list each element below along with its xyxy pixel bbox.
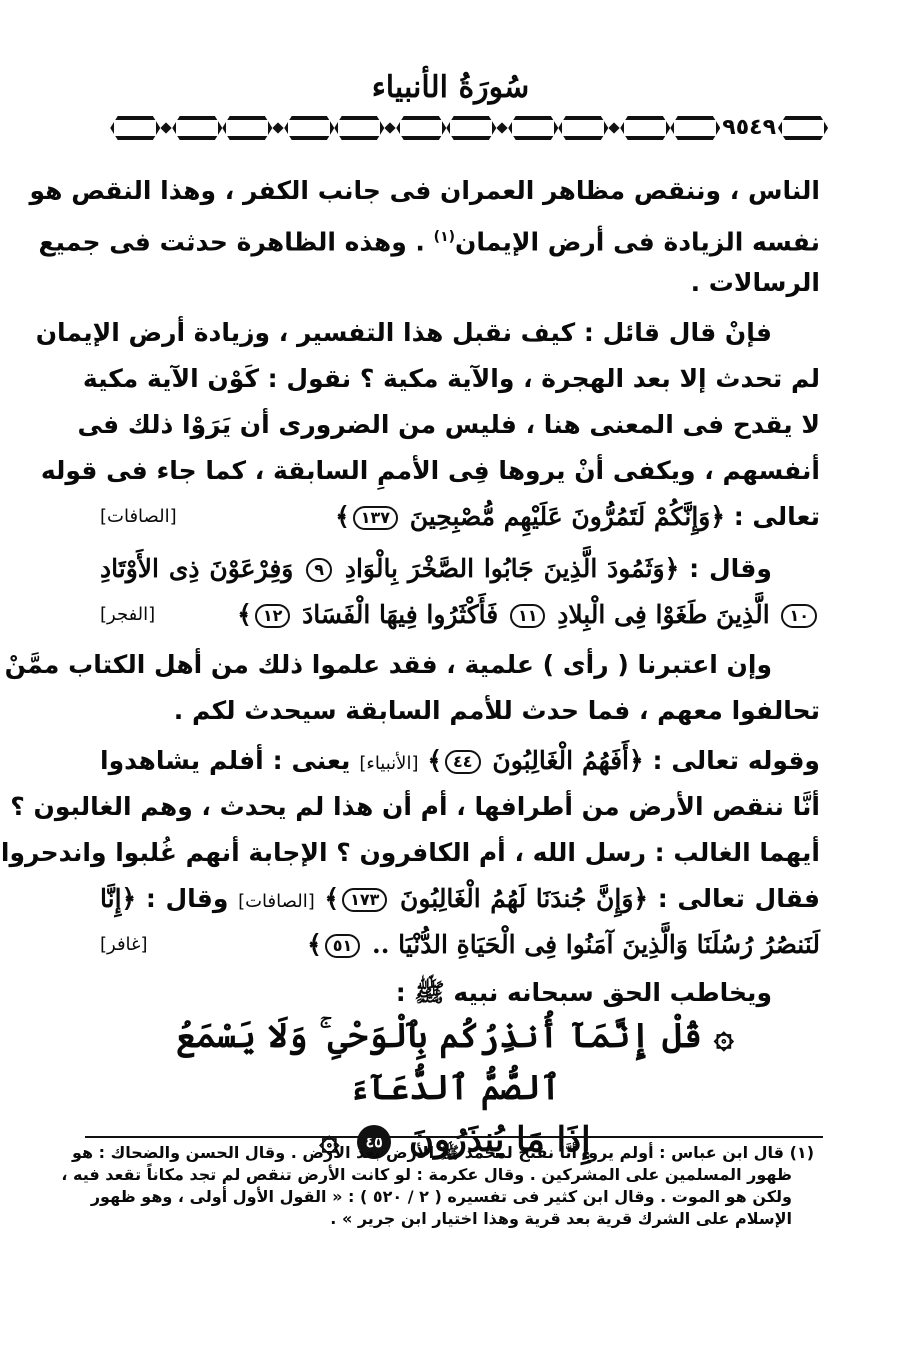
- footnote-text: قال ابن عباس : أولم يروا أنَّا نفتح لمحم…: [72, 1143, 784, 1162]
- book-page: سُورَةُ الأنبياء ٩٥٤٩ الناس ، وننقص مظاه…: [0, 0, 901, 1354]
- text-line: أنَّا ننقص الأرض من أطرافها ، أم أن هذا …: [100, 784, 820, 830]
- text-line: أيهما الغالب : رسل الله ، أم الكافرون ؟ …: [100, 830, 820, 876]
- header-ornament-border: ٩٥٤٩: [88, 114, 828, 142]
- line-text: نفسه الزيادة فى أرض الإيمان: [455, 227, 820, 256]
- ayah-line: فقال تعالى : ﴿وَإِنَّ جُندَنَا لَهُمُ ال…: [100, 876, 820, 922]
- paragraph-3: وقال : ﴿وَثَمُودَ الَّذِينَ جَابُوا الصَ…: [100, 546, 820, 638]
- text-line: نفسه الزيادة فى أرض الإيمان(١) . وهذه ال…: [100, 214, 820, 260]
- ornate-bracket-close: ﴾: [427, 746, 442, 775]
- paragraph-2: فإنْ قال قائل : كيف نقبل هذا التفسير ، و…: [100, 310, 820, 540]
- ayah-number: ١١: [510, 604, 546, 628]
- ayah-number: ٩: [306, 558, 332, 582]
- surah-reference: [غافر]: [100, 922, 147, 968]
- ornate-bracket-close: ﴾: [307, 930, 322, 959]
- footnote-line: ولكن هو الموت . وقال ابن كثير فى تفسيره …: [92, 1186, 814, 1208]
- text-line: فإنْ قال قائل : كيف نقبل هذا التفسير ، و…: [100, 310, 820, 356]
- ayah-line: وقوله تعالى : ﴿أَفَهُمُ الْغَالِبُونَ ٤٤…: [100, 738, 820, 784]
- surah-reference: [الصافات]: [100, 494, 177, 540]
- chain-link-ornament: [172, 116, 222, 140]
- ayah-line: تعالى : ﴿وَإِنَّكُمْ لَتَمُرُّونَ عَلَيْ…: [100, 494, 820, 540]
- surah-title: سُورَةُ الأنبياء: [0, 70, 901, 105]
- chain-link-ornament: [558, 116, 608, 140]
- chain-link-ornament: [284, 116, 334, 140]
- footnote-line: الإسلام على الشرك قرية بعد قرية وهذا اخت…: [92, 1208, 814, 1230]
- ornate-bracket-open: ﴿: [122, 884, 137, 913]
- footnote-marker[interactable]: (١): [434, 229, 455, 245]
- paragraph-5: وقوله تعالى : ﴿أَفَهُمُ الْغَالِبُونَ ٤٤…: [100, 738, 820, 968]
- footnote-line: ظهور المسلمين على المشركين . وقال عكرمة …: [92, 1164, 814, 1186]
- ornate-bracket-close: ﴾: [237, 600, 252, 629]
- surah-reference: [الفجر]: [100, 592, 155, 638]
- quran-verse-text: قُلْ إِنَّمَآ أُنذِرُكُم بِٱلْوَحْىِ ۚ و…: [176, 1016, 702, 1108]
- paragraph-4: وإن اعتبرنا ( رأى ) علمية ، فقد علموا ذل…: [100, 642, 820, 734]
- surah-reference: [الصافات]: [238, 891, 315, 912]
- chain-link-ornament: [334, 116, 384, 140]
- chain-link-ornament: [670, 116, 720, 140]
- surah-reference: [الأنبياء]: [359, 753, 418, 774]
- diamond-ornament: [161, 122, 172, 133]
- chain-link-ornament: [620, 116, 670, 140]
- diamond-ornament: [609, 122, 620, 133]
- line-text: وقوله تعالى :: [653, 746, 820, 775]
- quran-quote: لَنَنصُرُ رُسُلَنَا وَالَّذِينَ آمَنُوا …: [372, 930, 820, 959]
- line-text: وقال :: [689, 554, 772, 583]
- chain-link-ornament: [508, 116, 558, 140]
- chain-link-ornament: [778, 116, 828, 140]
- ornate-bracket-open: ﴿: [710, 502, 725, 531]
- line-text: يعنى : أفلم يشاهدوا: [100, 746, 350, 775]
- quran-quote: إِنَّا: [100, 884, 122, 913]
- ornate-bracket-open: ﴿: [633, 884, 648, 913]
- line-text: وقال :: [146, 884, 229, 913]
- line-text: . وهذه الظاهرة حدثت فى جميع: [38, 227, 424, 256]
- line-text: فقال تعالى :: [658, 884, 820, 913]
- page-number: ٩٥٤٩: [722, 114, 776, 142]
- ayah-number: ١٠: [781, 604, 817, 628]
- footnotes: (١) قال ابن عباس : أولم يروا أنَّا نفتح …: [92, 1142, 814, 1230]
- ayah-line: لَنَنصُرُ رُسُلَنَا وَالَّذِينَ آمَنُوا …: [100, 922, 820, 968]
- quran-quote: وَإِنَّ جُندَنَا لَهُمُ الْغَالِبُونَ: [400, 884, 633, 913]
- chain-link-ornament: [396, 116, 446, 140]
- ayah-number: ١٢: [255, 604, 291, 628]
- quran-quote: وَإِنَّكُمْ لَتَمُرُّونَ عَلَيْهِم مُّصْ…: [410, 502, 711, 531]
- ayah-number: ٥١: [325, 934, 361, 958]
- text-line: الناس ، وننقص مظاهر العمران فى جانب الكف…: [100, 168, 820, 214]
- ayah-number: ١٧٣: [342, 888, 387, 912]
- chain-link-ornament: [446, 116, 496, 140]
- quran-quote: وَثَمُودَ الَّذِينَ جَابُوا الصَّخْرَ بِ…: [345, 554, 665, 583]
- diamond-ornament: [385, 122, 396, 133]
- text-line: أنفسهم ، ويكفى أنْ يروها فِى الأممِ السا…: [100, 448, 820, 494]
- quran-quote: فَأَكْثَرُوا فِيهَا الْفَسَادَ: [302, 600, 498, 629]
- ayah-line: وقال : ﴿وَثَمُودَ الَّذِينَ جَابُوا الصَ…: [100, 546, 820, 592]
- ayah-number: ١٣٧: [353, 506, 398, 530]
- quran-verse-line: ۞ قُلْ إِنَّمَآ أُنذِرُكُم بِٱلْوَحْىِ ۚ…: [160, 1010, 750, 1114]
- quran-quote: وَفِرْعَوْنَ ذِى الأَوْتَادِ: [100, 554, 293, 583]
- ornate-bracket-open: ﴿: [665, 554, 680, 583]
- text-line: تحالفوا معهم ، فما حدث للأمم السابقة سيح…: [100, 688, 820, 734]
- ayah-start-ornament-icon: ۞: [714, 1016, 734, 1056]
- text-line: لم تحدث إلا بعد الهجرة ، والآية مكية ؟ ن…: [100, 356, 820, 402]
- paragraph-1: الناس ، وننقص مظاهر العمران فى جانب الكف…: [100, 168, 820, 306]
- quran-quote: أَفَهُمُ الْغَالِبُونَ: [492, 746, 629, 775]
- ornate-bracket-close: ﴾: [324, 884, 339, 913]
- text-line: وإن اعتبرنا ( رأى ) علمية ، فقد علموا ذل…: [100, 642, 820, 688]
- quran-quote: الَّذِينَ طَغَوْا فِى الْبِلادِ: [557, 600, 770, 629]
- ayah-number: ٤٤: [445, 750, 481, 774]
- ayah-line: ١٠ الَّذِينَ طَغَوْا فِى الْبِلادِ ١١ فَ…: [100, 592, 820, 638]
- diamond-ornament: [497, 122, 508, 133]
- ornate-bracket-open: ﴿: [629, 746, 644, 775]
- chain-link-ornament: [110, 116, 160, 140]
- ornate-bracket-close: ﴾: [335, 502, 350, 531]
- text-line: لا يقدح فى المعنى هنا ، فليس من الضرورى …: [100, 402, 820, 448]
- diamond-ornament: [273, 122, 284, 133]
- chain-link-ornament: [222, 116, 272, 140]
- line-text: تعالى :: [734, 502, 820, 531]
- footnote-line: (١) قال ابن عباس : أولم يروا أنَّا نفتح …: [92, 1142, 814, 1164]
- footnote-marker: (١): [790, 1143, 814, 1162]
- footnote-divider: [85, 1136, 823, 1138]
- text-line: الرسالات .: [100, 260, 820, 306]
